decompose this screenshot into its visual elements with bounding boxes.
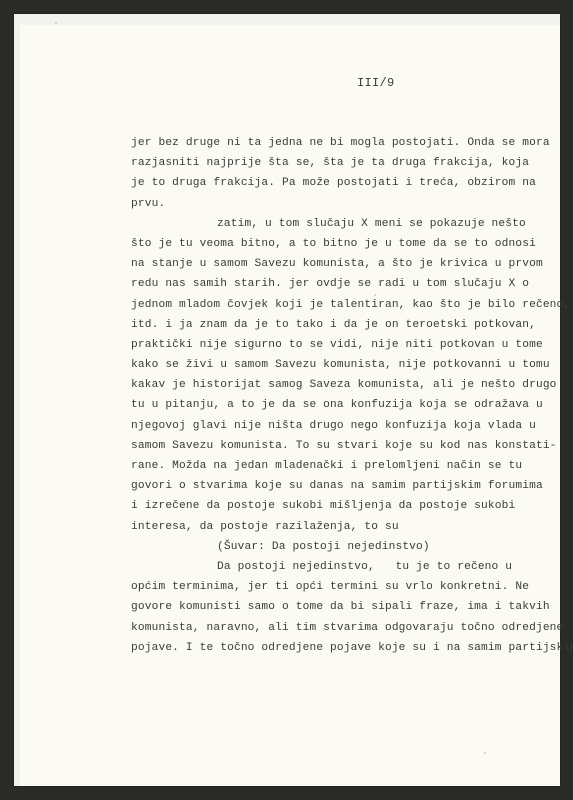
page-number: III/9 [357, 76, 395, 90]
text-line: govori o stvarima koje su danas na samim… [131, 476, 551, 496]
text-line: tu u pitanju, a to je da se ona konfuzij… [131, 395, 551, 415]
text-line: njegovoj glavi nije ništa drugo nego kon… [131, 416, 551, 436]
text-line: samom Savezu komunista. To su stvari koj… [131, 436, 551, 456]
page-edge-top [14, 14, 560, 25]
text-line: redu nas samih starih. jer ovdje se radi… [131, 274, 551, 294]
text-line: itd. i ja znam da je to tako i da je on … [131, 315, 551, 335]
text-line: kakav je historijat samog Saveza komunis… [131, 375, 551, 395]
text-line: i izrečene da postoje sukobi mišljenja d… [131, 496, 551, 516]
text-line-indented: zatim, u tom slučaju X meni se pokazuje … [131, 214, 551, 234]
paper-speck [55, 22, 57, 24]
text-line: razjasniti najprije šta se, šta je ta dr… [131, 153, 551, 173]
text-line-indented: Da postoji nejedinstvo, tu je to rečeno … [131, 557, 551, 577]
text-line: je to druga frakcija. Pa može postojati … [131, 173, 551, 193]
text-line: jednom mladom čovjek koji je talentiran,… [131, 295, 551, 315]
interjection-line: (Šuvar: Da postoji nejedinstvo) [131, 537, 551, 557]
typed-body-text: jer bez druge ni ta jedna ne bi mogla po… [131, 133, 551, 658]
text-line: kako se živi u samom Savezu komunista, n… [131, 355, 551, 375]
text-line: praktički nije sigurno to se vidi, nije … [131, 335, 551, 355]
text-line: rane. Možda na jedan mladenački i prelom… [131, 456, 551, 476]
text-line: jer bez druge ni ta jedna ne bi mogla po… [131, 133, 551, 153]
text-line: pojave. I te točno odredjene pojave koje… [131, 638, 551, 658]
text-line: interesa, da postoje razilaženja, to su [131, 517, 551, 537]
text-line: na stanje u samom Savezu komunista, a št… [131, 254, 551, 274]
text-line: komunista, naravno, ali tim stvarima odg… [131, 618, 551, 638]
paper-speck [484, 752, 486, 754]
text-line: što je tu veoma bitno, a to bitno je u t… [131, 234, 551, 254]
text-line: govore komunisti samo o tome da bi sipal… [131, 597, 551, 617]
paper-speck [374, 294, 376, 296]
page-edge-left [14, 14, 20, 786]
text-line: prvu. [131, 194, 551, 214]
document-page: III/9 jer bez druge ni ta jedna ne bi mo… [14, 14, 560, 786]
text-line: općim terminima, jer ti opći termini su … [131, 577, 551, 597]
